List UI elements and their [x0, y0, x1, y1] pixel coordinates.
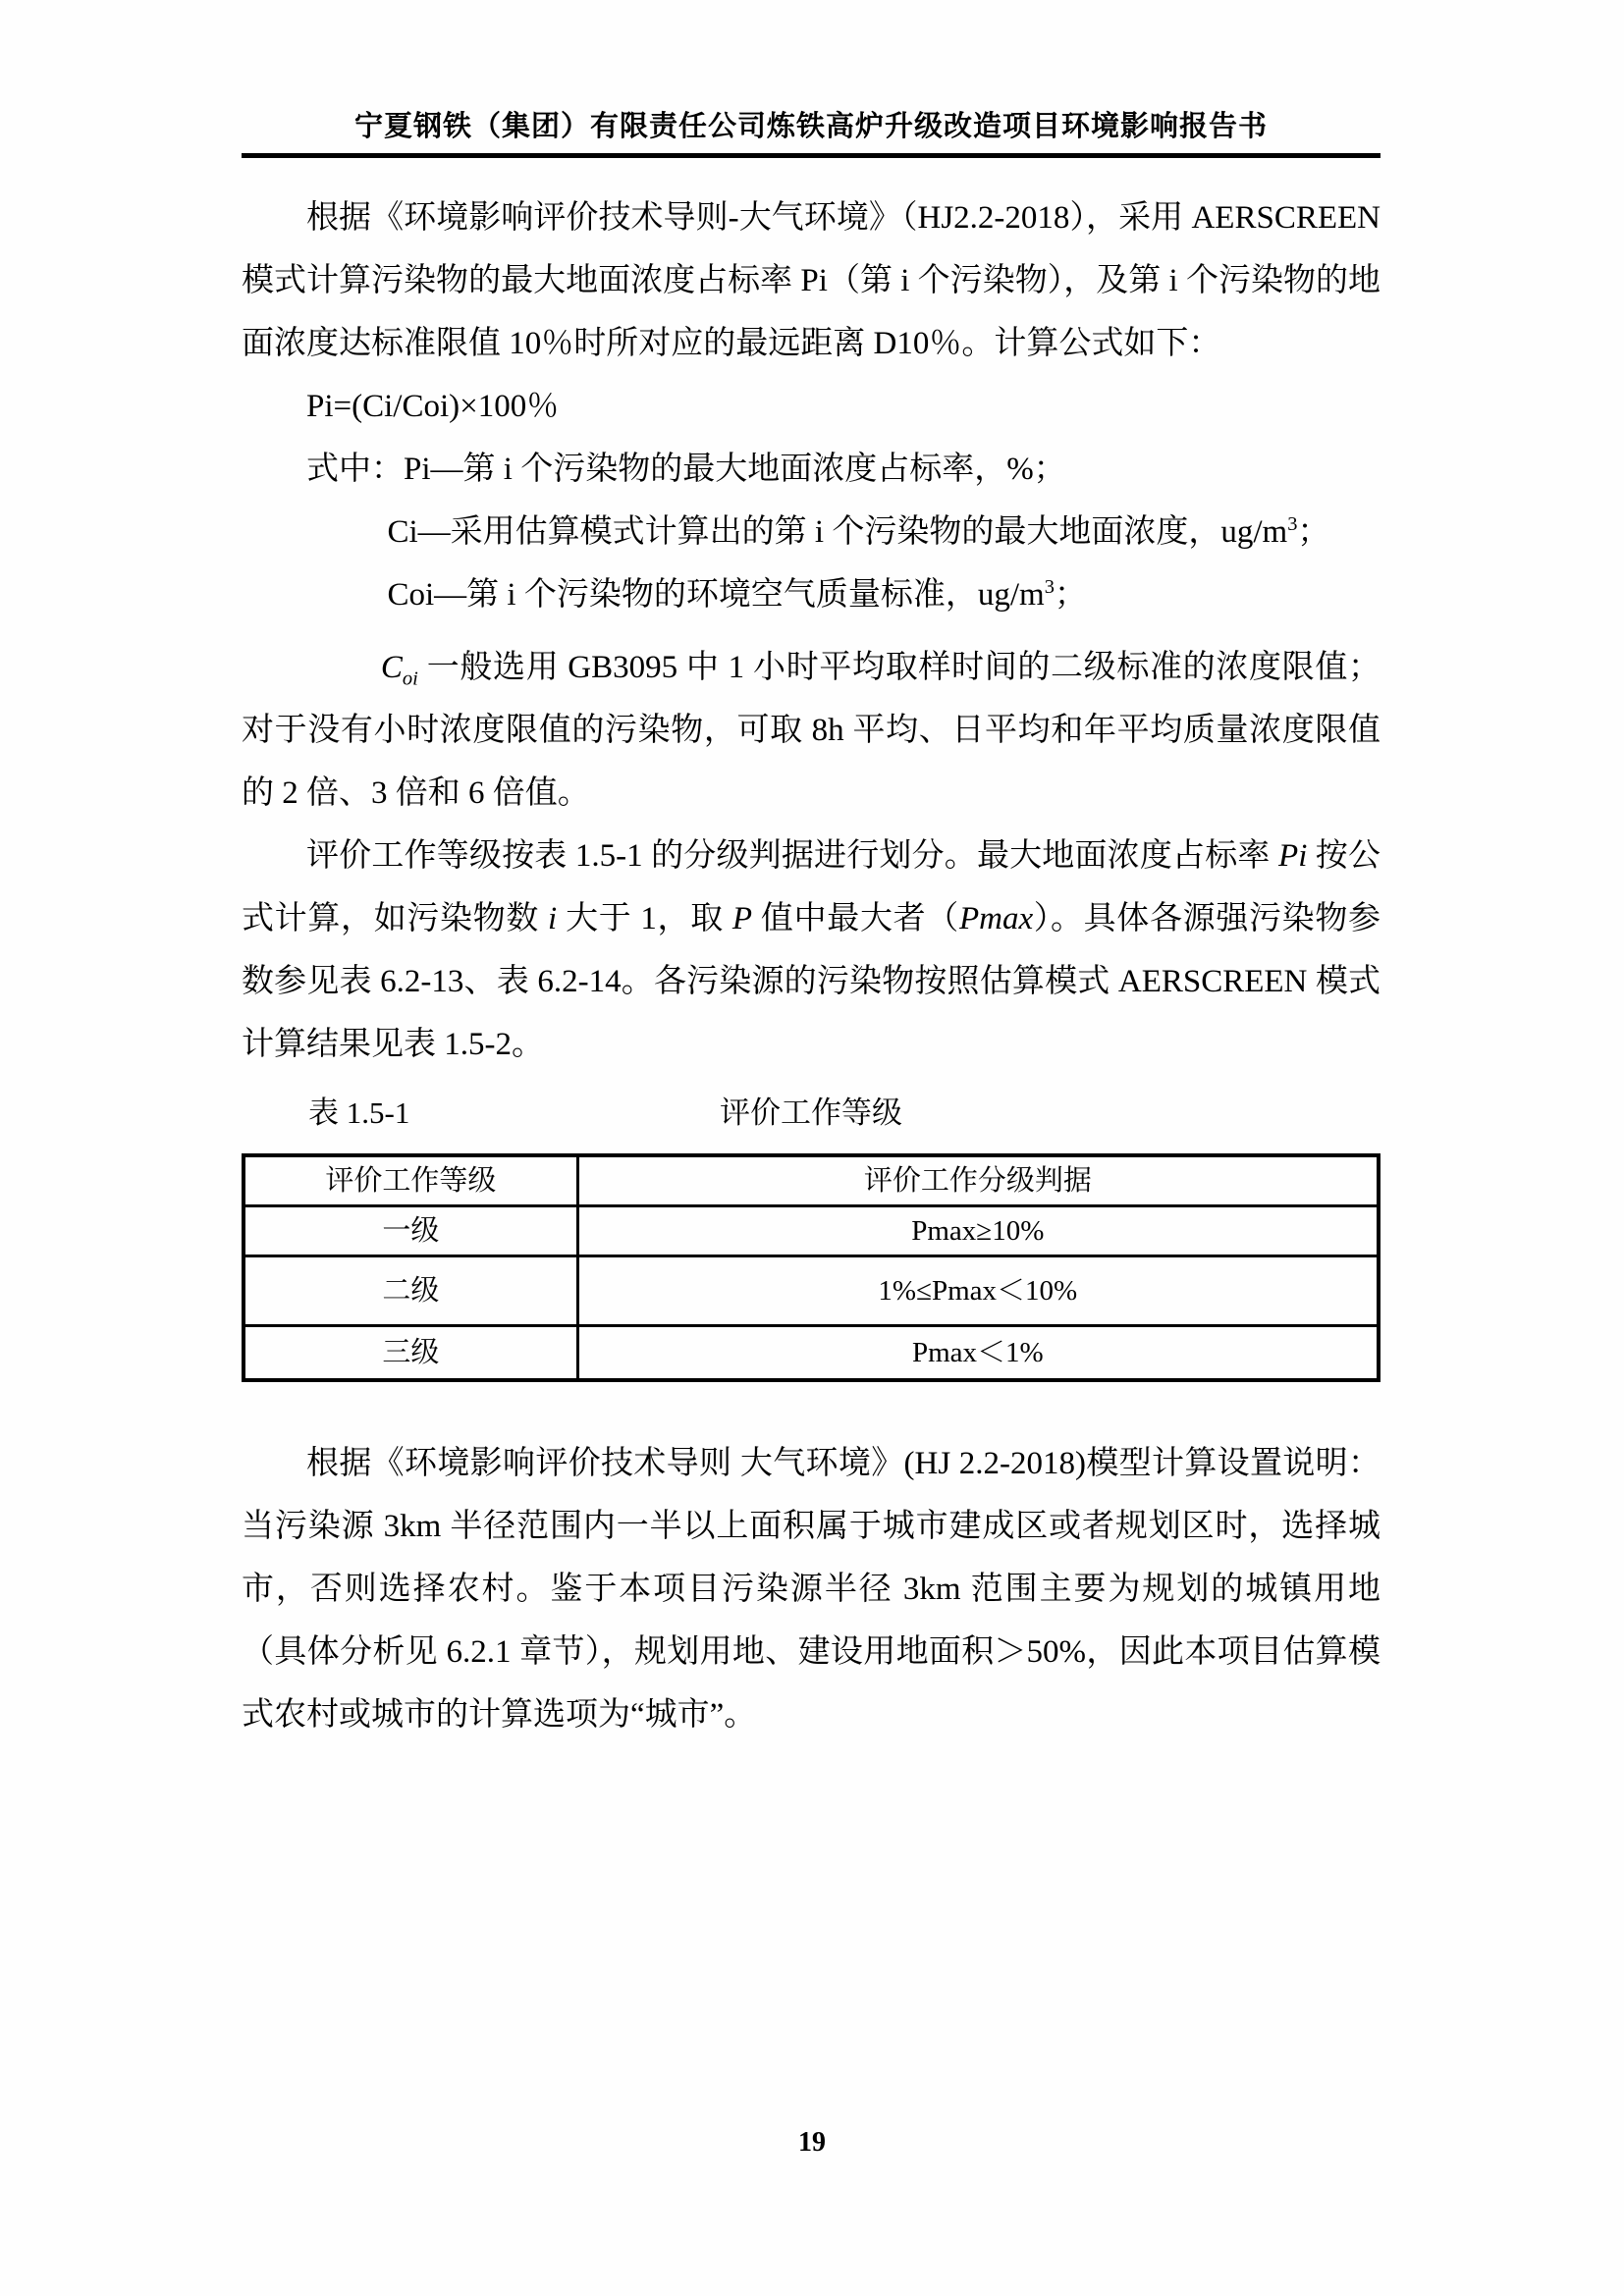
header-divider-rule [242, 153, 1380, 158]
table-caption: 表 1.5-1 评价工作等级 [242, 1082, 1380, 1144]
table-caption-label: 表 1.5-1 [308, 1082, 409, 1144]
table-header-row: 评价工作等级 评价工作分级判据 [244, 1155, 1379, 1206]
table-cell-level: 一级 [244, 1206, 577, 1256]
table-cell-criterion: Pmax≥10% [577, 1206, 1379, 1256]
table-header-criteria: 评价工作分级判据 [577, 1155, 1379, 1206]
definition-pi: 式中：Pi—第 i 个污染物的最大地面浓度占标率，%； [242, 438, 1380, 501]
page-number: 19 [0, 2123, 1624, 2163]
definition-coi: Coi—第 i 个污染物的环境空气质量标准，ug/m3； [242, 563, 1380, 626]
table-cell-level: 二级 [244, 1256, 577, 1326]
document-header-title: 宁夏钢铁（集团）有限责任公司炼铁高炉升级改造项目环境影响报告书 [242, 104, 1380, 144]
document-body: 根据《环境影响评价技术导则-大气环境》（HJ2.2-2018），采用 AERSC… [242, 187, 1380, 1746]
definition-ci: Ci—采用估算模式计算出的第 i 个污染物的最大地面浓度，ug/m3； [242, 501, 1380, 563]
table-cell-criterion: Pmax＜1% [577, 1326, 1379, 1381]
paragraph-coi-standard: Coi 一般选用 GB3095 中 1 小时平均取样时间的二级标准的浓度限值；对… [242, 636, 1380, 825]
table-caption-title: 评价工作等级 [720, 1095, 902, 1130]
paragraph-model-settings: 根据《环境影响评价技术导则 大气环境》(HJ 2.2-2018)模型计算设置说明… [242, 1432, 1380, 1746]
table-cell-criterion: 1%≤Pmax＜10% [577, 1256, 1379, 1326]
table-cell-level: 三级 [244, 1326, 577, 1381]
document-page: 宁夏钢铁（集团）有限责任公司炼铁高炉升级改造项目环境影响报告书 根据《环境影响评… [0, 0, 1624, 2296]
table-header-level: 评价工作等级 [244, 1155, 577, 1206]
evaluation-grade-table: 评价工作等级 评价工作分级判据 一级 Pmax≥10% 二级 1%≤Pmax＜1… [242, 1153, 1380, 1382]
table-row: 三级 Pmax＜1% [244, 1326, 1379, 1381]
paragraph-grading: 评价工作等级按表 1.5-1 的分级判据进行划分。最大地面浓度占标率 Pi 按公… [242, 825, 1380, 1076]
table-row: 二级 1%≤Pmax＜10% [244, 1256, 1379, 1326]
table-row: 一级 Pmax≥10% [244, 1206, 1379, 1256]
paragraph-intro: 根据《环境影响评价技术导则-大气环境》（HJ2.2-2018），采用 AERSC… [242, 187, 1380, 375]
formula-line: Pi=(Ci/Coi)×100％ [242, 375, 1380, 438]
